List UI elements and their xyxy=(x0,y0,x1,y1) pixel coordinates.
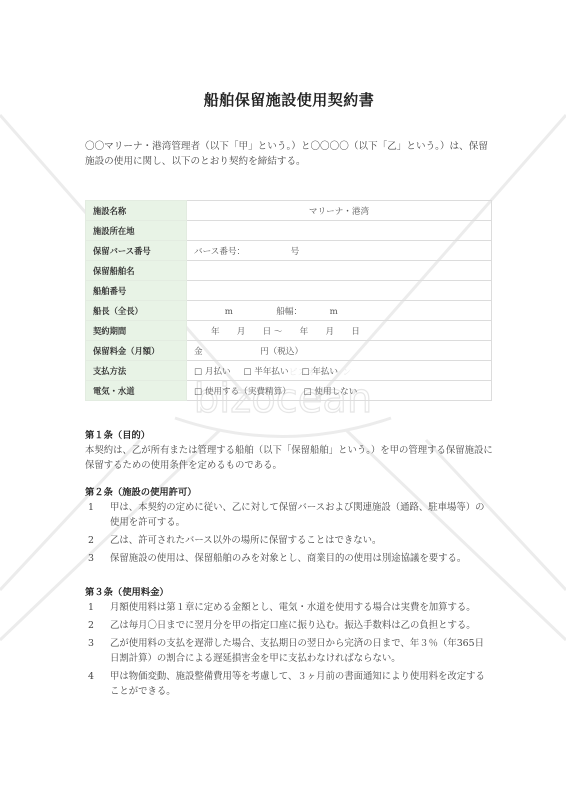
article-item: 4 甲は物価変動、施設整備費用等を考慮して、３ヶ月前の書面通知により使用料を改定… xyxy=(85,669,493,699)
intro-paragraph: 〇〇マリーナ・港湾管理者（以下「甲」という。）と〇〇〇〇（以下「乙」という。）は… xyxy=(85,139,493,169)
beam-unit: m xyxy=(330,307,338,317)
table-row: 保留バース番号 バース番号： 号 xyxy=(86,241,492,261)
row-label: 施設所在地 xyxy=(86,221,187,241)
monthly-fee-value: 金 円（税込） xyxy=(187,341,492,361)
article-item: 3 保留施設の使用は、保留船舶のみを対象とし、商業目的の使用は別途協議を要する。 xyxy=(85,551,493,566)
table-row: 支払方法 □ 月払い □ 半年払い □ 年払い xyxy=(86,361,492,381)
fee-prefix: 金 xyxy=(194,347,203,357)
contract-period-value: 年 月 日 〜 年 月 日 xyxy=(187,321,492,341)
facility-address-value xyxy=(187,221,492,241)
row-label: 船長（全長） xyxy=(86,301,187,321)
table-row: 保留料金（月額） 金 円（税込） xyxy=(86,341,492,361)
berth-prefix: バース番号： xyxy=(194,247,245,257)
article-1: 第１条（目的） 本契約は、乙が所有または管理する船舶（以下「保留船舶」という。）… xyxy=(85,427,493,473)
table-row: 施設名称 マリーナ・港湾 xyxy=(86,201,492,221)
item-text: 乙が使用料の支払を遅滞した場合、支払期日の翌日から完済の日まで、年３％（年365… xyxy=(110,636,493,666)
article-item: 2 乙は毎月〇日までに翌月分を甲の指定口座に振り込む。振込手数料は乙の負担とする… xyxy=(85,618,493,633)
row-label: 保留船舶名 xyxy=(86,261,187,281)
article-item: 1 甲は、本契約の定めに従い、乙に対して保留バースおよび関連施設（通路、駐車場等… xyxy=(85,500,493,530)
document-title: 船舶保留施設使用契約書 xyxy=(85,89,493,110)
checkbox-monthly[interactable]: □ 月払い xyxy=(194,365,231,377)
table-row: 保留船舶名 xyxy=(86,261,492,281)
article-title: 第１条（目的） xyxy=(85,427,493,441)
item-text: 保留施設の使用は、保留船舶のみを対象とし、商業目的の使用は別途協議を要する。 xyxy=(110,551,493,566)
length-unit: m xyxy=(225,307,233,317)
table-row: 船長（全長） m 船幅： m xyxy=(86,301,492,321)
table-row: 電気・水道 □ 使用する（実費精算） □ 使用しない xyxy=(86,381,492,401)
item-number: 1 xyxy=(85,600,110,615)
checkbox-no-utilities[interactable]: □ 使用しない xyxy=(304,385,358,397)
item-number: 3 xyxy=(85,636,110,666)
beam-label: 船幅： xyxy=(276,307,302,317)
payment-method-value: □ 月払い □ 半年払い □ 年払い xyxy=(187,361,492,381)
article-3: 第３条（使用料金） 1 月額使用料は第１章に定める金額とし、電気・水道を使用する… xyxy=(85,584,493,702)
item-number: 2 xyxy=(85,618,110,633)
article-title: 第３条（使用料金） xyxy=(85,584,493,598)
row-label: 施設名称 xyxy=(86,201,187,221)
item-text: 甲は物価変動、施設整備費用等を考慮して、３ヶ月前の書面通知により使用料を改定する… xyxy=(110,669,493,699)
item-text: 乙は毎月〇日までに翌月分を甲の指定口座に振り込む。振込手数料は乙の負担とする。 xyxy=(110,618,493,633)
fee-suffix: 円（税込） xyxy=(260,347,303,357)
article-2: 第２条（施設の使用許可） 1 甲は、本契約の定めに従い、乙に対して保留バースおよ… xyxy=(85,484,493,569)
article-item: 1 月額使用料は第１章に定める金額とし、電気・水道を使用する場合は実費を加算する… xyxy=(85,600,493,615)
table-row: 船舶番号 xyxy=(86,281,492,301)
item-text: 甲は、本契約の定めに従い、乙に対して保留バースおよび関連施設（通路、駐車場等）の… xyxy=(110,500,493,530)
berth-number-value: バース番号： 号 xyxy=(187,241,492,261)
berth-suffix: 号 xyxy=(291,247,300,257)
article-item: 3 乙が使用料の支払を遅滞した場合、支払期日の翌日から完済の日まで、年３％（年3… xyxy=(85,636,493,666)
row-label: 船舶番号 xyxy=(86,281,187,301)
facility-info-table: 施設名称 マリーナ・港湾 施設所在地 保留バース番号 バース番号： 号 保留船舶… xyxy=(85,200,492,401)
row-label: 保留料金（月額） xyxy=(86,341,187,361)
vessel-name-value xyxy=(187,261,492,281)
vessel-number-value xyxy=(187,281,492,301)
row-label: 電気・水道 xyxy=(86,381,187,401)
facility-name-value: マリーナ・港湾 xyxy=(187,201,492,221)
item-text: 月額使用料は第１章に定める金額とし、電気・水道を使用する場合は実費を加算する。 xyxy=(110,600,493,615)
table-row: 契約期間 年 月 日 〜 年 月 日 xyxy=(86,321,492,341)
item-number: 4 xyxy=(85,669,110,699)
row-label: 保留バース番号 xyxy=(86,241,187,261)
item-text: 乙は、許可されたバース以外の場所に保留することはできない。 xyxy=(110,533,493,548)
checkbox-semiannual[interactable]: □ 半年払い xyxy=(243,365,288,377)
row-label: 支払方法 xyxy=(86,361,187,381)
table-row: 施設所在地 xyxy=(86,221,492,241)
vessel-size-value: m 船幅： m xyxy=(187,301,492,321)
checkbox-use-utilities[interactable]: □ 使用する（実費精算） xyxy=(194,385,291,397)
item-number: 2 xyxy=(85,533,110,548)
article-body: 本契約は、乙が所有または管理する船舶（以下「保留船舶」という。）を甲の管理する保… xyxy=(85,443,493,473)
checkbox-annual[interactable]: □ 年払い xyxy=(301,365,338,377)
article-item: 2 乙は、許可されたバース以外の場所に保留することはできない。 xyxy=(85,533,493,548)
item-number: 1 xyxy=(85,500,110,530)
item-number: 3 xyxy=(85,551,110,566)
row-label: 契約期間 xyxy=(86,321,187,341)
utilities-value: □ 使用する（実費精算） □ 使用しない xyxy=(187,381,492,401)
article-title: 第２条（施設の使用許可） xyxy=(85,484,493,498)
